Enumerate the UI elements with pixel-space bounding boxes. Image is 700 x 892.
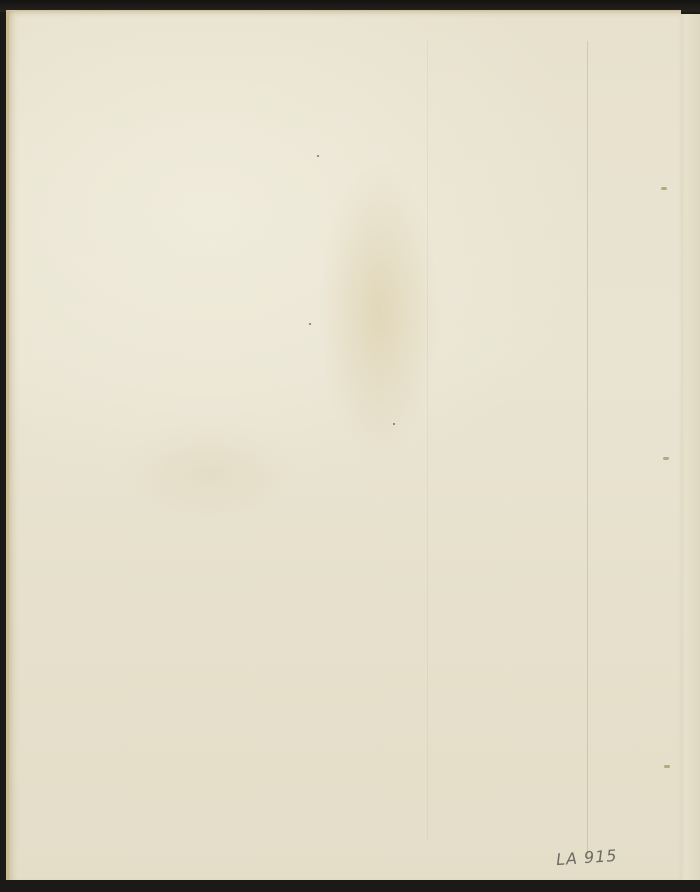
edge-nick (664, 765, 670, 768)
paper-leaf (6, 10, 681, 881)
paper-chain-line (427, 41, 428, 841)
paper-speck (393, 423, 395, 425)
paper-speck (317, 155, 319, 157)
edge-nick (661, 187, 667, 190)
scanned-page-view: LA 915 (0, 0, 700, 892)
edge-nick (663, 457, 669, 460)
paper-speck (309, 323, 311, 325)
paper-fold-line (587, 41, 588, 861)
scan-bottom-border (0, 880, 700, 892)
